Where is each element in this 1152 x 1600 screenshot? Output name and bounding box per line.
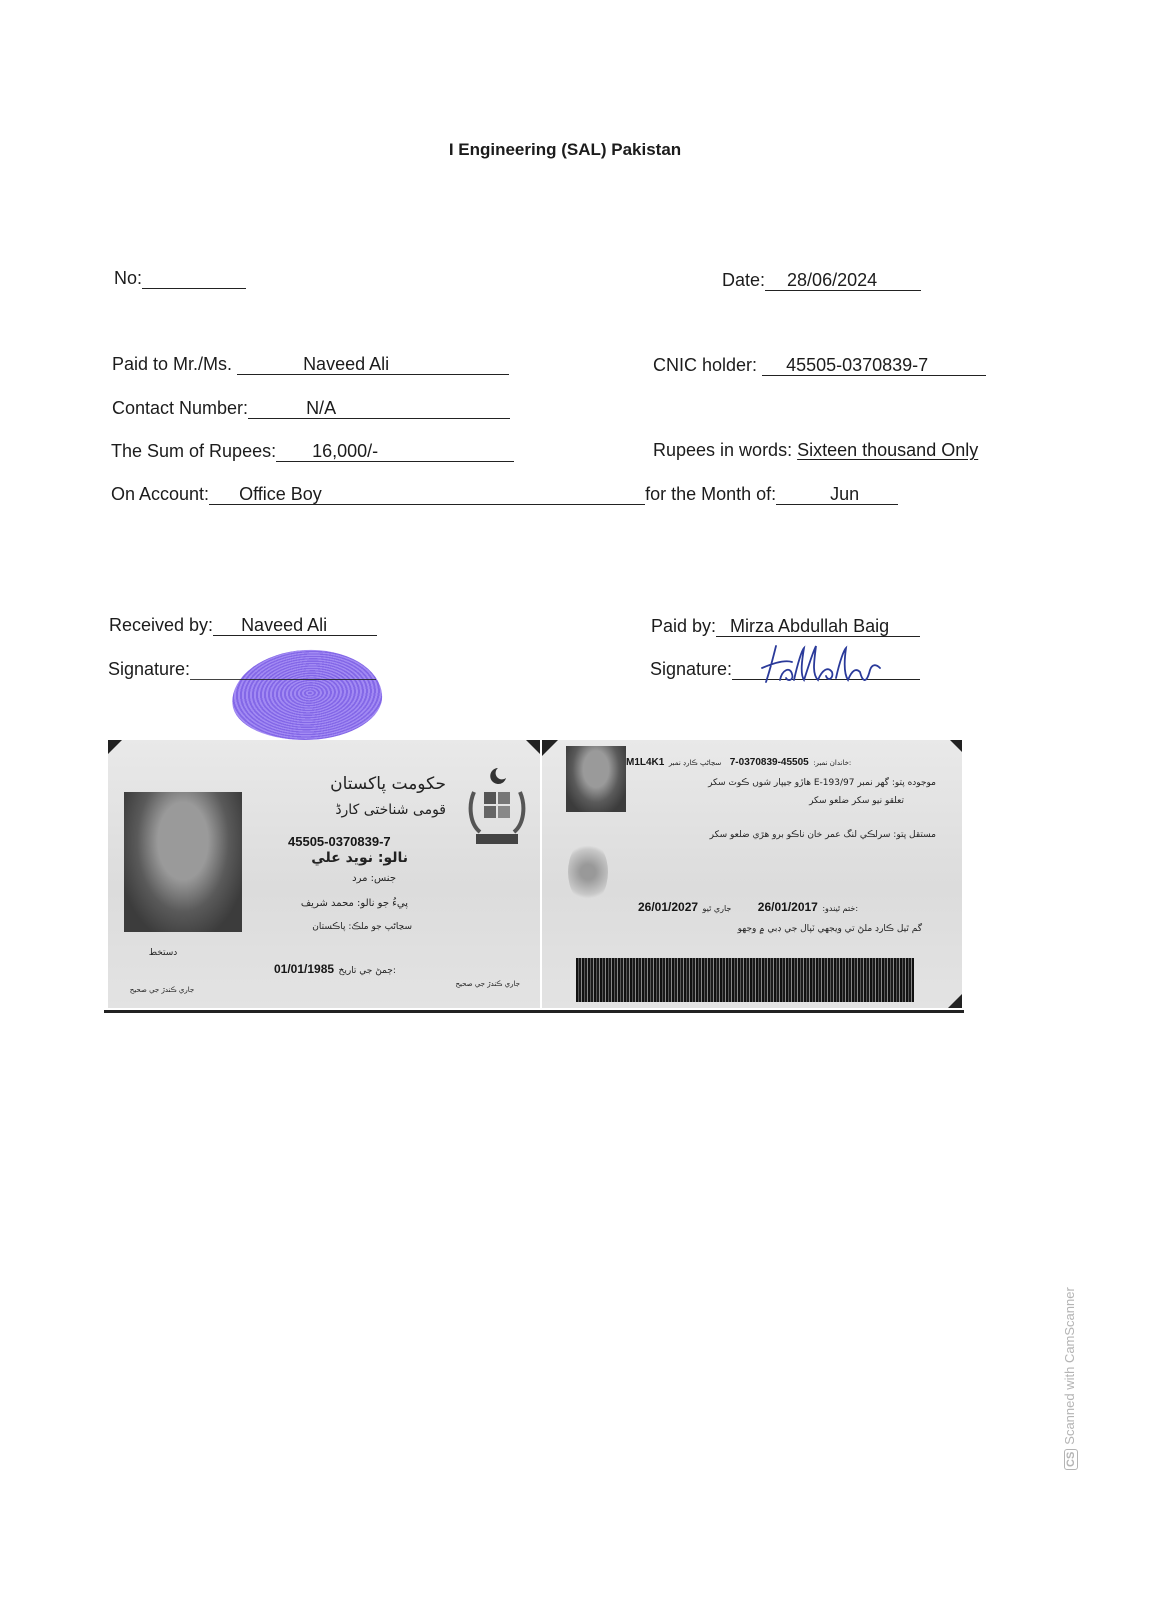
account-label: On Account: bbox=[111, 484, 209, 504]
account-field[interactable]: Office Boy bbox=[209, 482, 645, 505]
paid-by-row: Paid by:Mirza Abdullah Baig bbox=[651, 614, 920, 637]
sum-label: The Sum of Rupees: bbox=[111, 441, 276, 461]
back-id-row: M1L4K1 خاندان نمبر: 45505-0370839-7 سڃاڻ… bbox=[626, 752, 851, 770]
holder-signature-caption: جاري ڪندڙ جي صحيح bbox=[122, 986, 202, 994]
received-signature-label: Signature: bbox=[108, 659, 190, 679]
contact-label: Contact Number: bbox=[112, 398, 248, 418]
issuer-signature-label: جاري ڪندڙ جي صحيح bbox=[424, 980, 520, 988]
family-number-label: خاندان نمبر: bbox=[813, 759, 849, 767]
paid-to-label: Paid to Mr./Ms. bbox=[112, 354, 232, 374]
card-corner bbox=[526, 740, 540, 754]
card-thumbprint bbox=[568, 840, 608, 904]
account-value: Office Boy bbox=[239, 484, 322, 505]
father-name: پيءُ جو نالو: محمد شريف bbox=[258, 898, 408, 909]
permanent-address: مستقل پتو: سرلڪي لنگ عمر خان ناڪو برو هڙ… bbox=[642, 830, 936, 840]
month-label: for the Month of: bbox=[645, 484, 776, 504]
cnic-field[interactable]: 45505-0370839-7 bbox=[762, 353, 986, 376]
voucher-number-field[interactable] bbox=[142, 266, 246, 289]
voucher-number-row: No: bbox=[114, 266, 246, 289]
words-label: Rupees in words: bbox=[653, 440, 792, 460]
date-value: 28/06/2024 bbox=[787, 270, 877, 291]
contact-field[interactable]: N/A bbox=[248, 396, 510, 419]
barcode bbox=[576, 958, 914, 1002]
paid-to-value: Naveed Ali bbox=[303, 354, 389, 375]
card-base-line bbox=[104, 1010, 964, 1013]
sum-field[interactable]: 16,000/- bbox=[276, 439, 514, 462]
card-heading-1: حکومت پاکستان bbox=[276, 774, 446, 794]
contact-row: Contact Number:N/A bbox=[112, 396, 510, 419]
issue-date: 26/01/2017 bbox=[758, 900, 818, 914]
back-cnic-number: 45505-0370839-7 bbox=[730, 757, 809, 768]
dob-value: 01/01/1985 bbox=[274, 962, 334, 976]
company-title: I Engineering (SAL) Pakistan bbox=[0, 140, 1130, 160]
holder-name: نالو: نوید علي bbox=[276, 850, 408, 866]
expiry-date: 26/01/2027 bbox=[638, 900, 698, 914]
card-corner bbox=[948, 994, 962, 1008]
paid-to-field[interactable]: Naveed Ali bbox=[237, 352, 509, 375]
holder-photo bbox=[124, 792, 242, 932]
date-field[interactable]: 28/06/2024 bbox=[765, 268, 921, 291]
received-signature-row: Signature: bbox=[108, 657, 376, 680]
cnic-label: CNIC holder: bbox=[653, 355, 757, 375]
cnic-value: 45505-0370839-7 bbox=[786, 355, 928, 376]
expiry-label: ختم ٿيندو: bbox=[822, 904, 855, 913]
camscanner-logo-icon: CS bbox=[1064, 1449, 1078, 1470]
pakistan-emblem-icon bbox=[462, 762, 532, 856]
camscanner-watermark: CSScanned with CamScanner bbox=[1062, 1210, 1078, 1470]
card-corner bbox=[950, 740, 962, 752]
front-cnic-number: 45505-0370839-7 bbox=[288, 834, 391, 849]
paid-by-field[interactable]: Mirza Abdullah Baig bbox=[716, 614, 920, 637]
card-heading-2: قومی شناختی کارڈ bbox=[276, 802, 446, 818]
sum-row: The Sum of Rupees:16,000/- bbox=[111, 439, 514, 462]
country-line: سڃاڻپ جو ملڪ: پاڪستان bbox=[258, 922, 412, 932]
received-signature-field[interactable] bbox=[190, 657, 376, 680]
small-holder-photo bbox=[566, 746, 626, 812]
dob-label: ڄمڻ جي تاريخ: bbox=[339, 966, 396, 976]
words-value: Sixteen thousand Only bbox=[797, 440, 978, 460]
handwritten-signature bbox=[752, 640, 902, 690]
watermark-text: Scanned with CamScanner bbox=[1062, 1287, 1077, 1445]
paid-by-value: Mirza Abdullah Baig bbox=[730, 616, 889, 637]
received-by-row: Received by:Naveed Ali bbox=[109, 613, 377, 636]
card-corner bbox=[108, 740, 122, 754]
sum-value: 16,000/- bbox=[312, 441, 378, 462]
contact-value: N/A bbox=[306, 398, 336, 419]
card-corner bbox=[542, 740, 558, 756]
paid-signature-label: Signature: bbox=[650, 659, 732, 679]
cnic-card-back: M1L4K1 خاندان نمبر: 45505-0370839-7 سڃاڻ… bbox=[542, 740, 962, 1008]
address-line-2: تعلقو نيو سکر ضلعو سکر bbox=[652, 796, 904, 806]
date-label: Date: bbox=[722, 270, 765, 290]
address-line-1: موجوده پتو: گهر نمبر E-193/97 هاڙو جيپار… bbox=[652, 778, 936, 788]
received-by-value: Naveed Ali bbox=[241, 615, 327, 636]
voucher-number-label: No: bbox=[114, 268, 142, 288]
account-row: On Account:Office Boyfor the Month of:Ju… bbox=[111, 482, 898, 505]
cnic-card-front: حکومت پاکستان قومی شناختی کارڈ 45505-037… bbox=[108, 740, 540, 1008]
received-by-label: Received by: bbox=[109, 615, 213, 635]
validity-row: 26/01/2027 ختم ٿيندو: 26/01/2017 جاري ٿي… bbox=[638, 898, 858, 916]
date-row: Date:28/06/2024 bbox=[722, 268, 921, 291]
family-number: M1L4K1 bbox=[626, 757, 664, 768]
dob-row: 01/01/1985 ڄمڻ جي تاريخ: bbox=[274, 960, 396, 978]
paid-to-row: Paid to Mr./Ms. Naveed Ali bbox=[112, 352, 509, 375]
month-field[interactable]: Jun bbox=[776, 482, 898, 505]
received-by-field[interactable]: Naveed Ali bbox=[213, 613, 377, 636]
holder-gender: جنس: مرد bbox=[276, 873, 396, 884]
words-row: Rupees in words: Sixteen thousand Only bbox=[653, 440, 978, 461]
cnic-row: CNIC holder: 45505-0370839-7 bbox=[653, 353, 986, 376]
month-value: Jun bbox=[830, 484, 859, 505]
paid-by-label: Paid by: bbox=[651, 616, 716, 636]
holder-signature-label: دستخط bbox=[128, 948, 198, 958]
lost-card-note: گم ٿيل ڪارڊ ملڻ تي ويجهي ٽپال جي ڊبي ۾ و… bbox=[662, 924, 922, 934]
